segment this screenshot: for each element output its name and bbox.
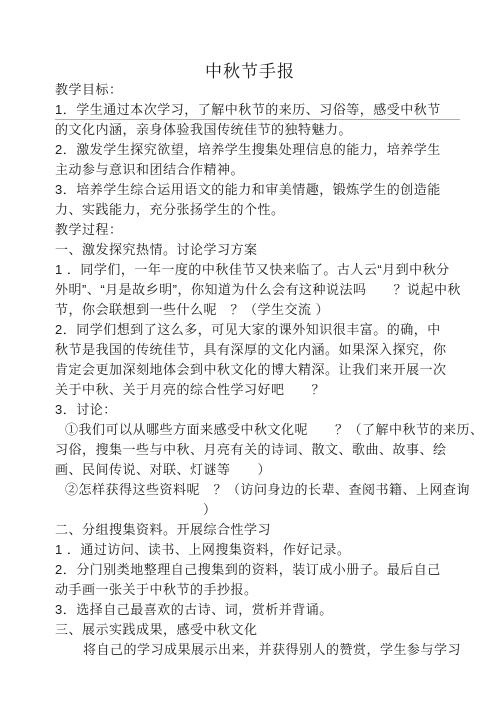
doc-line-discussion-q1: ①我们可以从哪些方面来感受中秋文化呢 ？（了解中秋节的来历、 (55, 420, 460, 440)
doc-line-closing-paren: ） (55, 500, 460, 520)
doc-line-s1-item-2-cont-a: 秋节是我国的传统佳节，具有深厚的文化内涵。如果深入探究，你 (55, 340, 460, 360)
doc-line-teaching-process-heading: 教学过程： (55, 220, 460, 240)
doc-line-s2-item-2: 2．分门别类地整理自己搜集到的资料，装订成小册子。最后自己 (55, 560, 460, 580)
document-title: 中秋节手报 (0, 57, 500, 82)
doc-line-goal-2: 2．激发学生探究欲望，培养学生搜集处理信息的能力，培养学生 (55, 140, 460, 160)
doc-line-teaching-goals-heading: 教学目标： (55, 80, 460, 100)
doc-line-goal-3-cont: 力、实践能力，充分张扬学生的个性。 (55, 200, 460, 220)
doc-line-discussion-q1-cont-a: 习俗，搜集一些与中秋、月亮有关的诗词、散文、歌曲、故事、绘 (55, 440, 460, 460)
doc-line-s1-item-1-cont-b: 节，你会联想到一些什么呢 ？（学生交流 ） (55, 300, 460, 320)
doc-line-goal-1-cont: 的文化内涵，亲身体验我国传统佳节的独特魅力。 (55, 120, 460, 140)
doc-line-s1-item-1-cont-a: 外明”、“月是故乡明”，你知道为什么会有这种说法吗 ？说起中秋 (55, 280, 460, 300)
doc-line-discussion-q1-cont-b: 画、民间传说、对联、灯谜等 ） (55, 460, 460, 480)
doc-line-s2-item-3: 3．选择自己最喜欢的古诗、词，赏析并背诵。 (55, 600, 460, 620)
doc-line-s3-paragraph: 将自己的学习成果展示出来，并获得别人的赞赏，学生参与学习 (55, 640, 460, 660)
document-body: 教学目标： 1．学生通过本次学习，了解中秋节的来历、习俗等，感受中秋节 的文化内… (55, 80, 460, 660)
doc-line-s1-item-3-discussion: 3．讨论： (55, 400, 460, 420)
doc-line-section-1-heading: 一、激发探究热情。讨论学习方案 (55, 240, 460, 260)
doc-line-goal-2-cont: 主动参与意识和团结合作精神。 (55, 160, 460, 180)
doc-line-s2-item-2-cont: 动手画一张关于中秋节的手抄报。 (55, 580, 460, 600)
doc-line-s1-item-1: 1 ．同学们，一年一度的中秋佳节又快来临了。古人云“月到中秋分 (55, 260, 460, 280)
doc-line-s1-item-2-cont-b: 肯定会更加深刻地体会到中秋文化的博大精深。让我们来开展一次 (55, 360, 460, 380)
doc-line-s2-item-1: 1 ．通过访问、读书、上网搜集资料，作好记录。 (55, 540, 460, 560)
doc-line-s1-item-2: 2．同学们想到了这么多，可见大家的课外知识很丰富。的确，中 (55, 320, 460, 340)
doc-line-goal-1-underlined: 1．学生通过本次学习，了解中秋节的来历、习俗等，感受中秋节 (55, 100, 460, 120)
doc-line-discussion-q2: ②怎样获得这些资料呢 ？（访问身边的长辈、查阅书籍、上网查询 (55, 480, 460, 500)
doc-line-s1-item-2-cont-c: 关于中秋、关于月亮的综合性学习好吧 ？ (55, 380, 460, 400)
document-page: 中秋节手报 教学目标： 1．学生通过本次学习，了解中秋节的来历、习俗等，感受中秋… (0, 0, 500, 707)
doc-line-goal-3: 3．培养学生综合运用语文的能力和审美情趣，锻炼学生的创造能 (55, 180, 460, 200)
doc-line-section-3-heading: 三、展示实践成果，感受中秋文化 (55, 620, 460, 640)
doc-line-section-2-heading: 二、分组搜集资料。开展综合性学习 (55, 520, 460, 540)
